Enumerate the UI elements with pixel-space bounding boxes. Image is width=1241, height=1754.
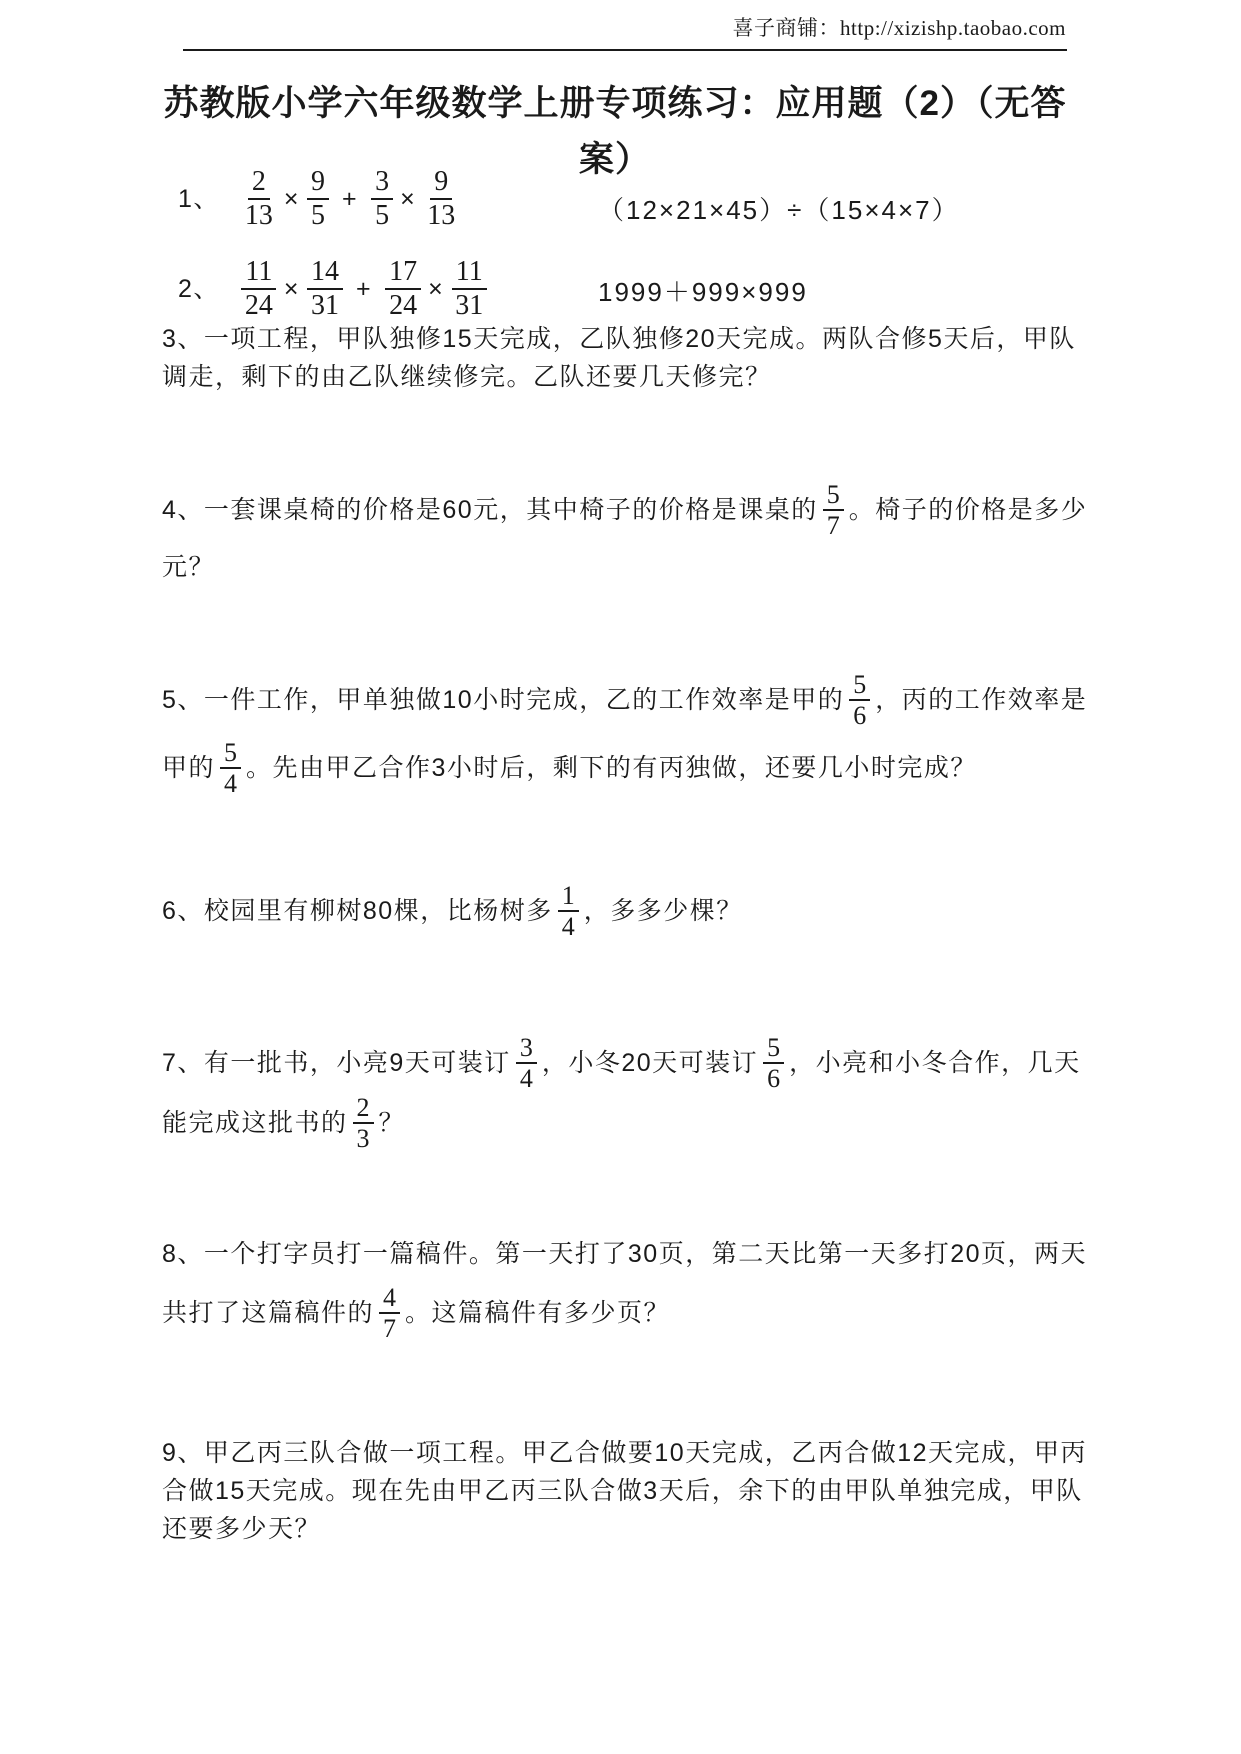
problem-4-line1: 4、一套课桌椅的价格是60元，其中椅子的价格是课桌的 57 。椅子的价格是多少 <box>162 476 1068 544</box>
fraction-denominator: 31 <box>451 290 487 322</box>
problem-7-text: ？ <box>379 1104 406 1142</box>
problem-9: 9、甲乙丙三队合做一项工程。甲乙合做要10天完成，乙丙合做12天完成，甲丙 合做… <box>162 1434 1068 1548</box>
header-shop-url: 喜子商铺：http://xizishp.taobao.com <box>733 12 1066 42</box>
fraction-denominator: 6 <box>763 1064 784 1093</box>
problem-5-line2: 甲的 54 。先由甲乙合作3小时后，剩下的有丙独做，还要几小时完成？ <box>162 734 1068 802</box>
problem-5-text: 5、一件工作，甲单独做10小时完成，乙的工作效率是甲的 <box>162 681 844 719</box>
problem-5-text: ，丙的工作效率是 <box>875 681 1087 719</box>
problem-6-line1: 6、校园里有柳树80棵，比杨树多 14 ，多多少棵？ <box>162 879 1068 943</box>
fraction-numerator: 1 <box>558 881 579 912</box>
plus-operator: + <box>342 180 358 218</box>
problem-2-number: 2、 <box>178 270 220 308</box>
problem-8: 8、一个打字员打一篇稿件。第一天打了30页，第二天比第一天多打20页，两天 <box>162 1236 1068 1272</box>
fraction: 56 <box>849 670 870 730</box>
fraction: 57 <box>823 480 844 540</box>
multiply-operator: × <box>428 270 444 308</box>
problem-6-text: 6、校园里有柳树80棵，比杨树多 <box>162 892 553 930</box>
fraction-denominator: 4 <box>516 1064 537 1093</box>
problem-3-line1: 3、一项工程，甲队独修15天完成，乙队独修20天完成。两队合修5天后，甲队 <box>162 320 1068 358</box>
fraction: 34 <box>516 1033 537 1093</box>
fraction-denominator: 5 <box>307 200 329 232</box>
fraction: 913 <box>423 166 459 232</box>
fraction-numerator: 4 <box>379 1283 400 1314</box>
fraction-denominator: 6 <box>849 701 870 730</box>
problem-1: 1、 213 × 95 + 35 × 913 （12×21×45）÷（15×4×… <box>162 166 1068 254</box>
fraction-denominator: 4 <box>558 912 579 941</box>
fraction: 56 <box>763 1033 784 1093</box>
fraction-numerator: 14 <box>307 256 343 290</box>
problem-5-text: 甲的 <box>162 749 215 787</box>
problem-7-text: ，小亮和小冬合作，几天 <box>789 1044 1081 1082</box>
problem-4-text: 。椅子的价格是多少 <box>849 491 1088 529</box>
fraction: 54 <box>220 738 241 798</box>
multiply-operator: × <box>284 180 300 218</box>
problem-4-line2: 元？ <box>162 550 1068 584</box>
fraction-numerator: 11 <box>452 256 487 290</box>
fraction-denominator: 24 <box>241 290 277 322</box>
fraction-numerator: 17 <box>385 256 421 290</box>
problem-3: 3、一项工程，甲队独修15天完成，乙队独修20天完成。两队合修5天后，甲队 调走… <box>162 320 1068 396</box>
problem-5-text: 。先由甲乙合作3小时后，剩下的有丙独做，还要几小时完成？ <box>246 749 977 787</box>
fraction-denominator: 13 <box>423 200 459 232</box>
problem-8-text: 。这篇稿件有多少页？ <box>405 1294 670 1332</box>
problem-7-line1: 7、有一批书，小亮9天可装订 34 ，小冬20天可装订 56 ，小亮和小冬合作，… <box>162 1030 1068 1096</box>
problem-1-number: 1、 <box>178 180 220 218</box>
fraction-numerator: 11 <box>241 256 276 290</box>
fraction-denominator: 13 <box>241 200 277 232</box>
fraction: 95 <box>307 166 329 232</box>
header-rule <box>183 49 1067 51</box>
fraction-numerator: 3 <box>516 1033 537 1064</box>
fraction-numerator: 5 <box>849 670 870 701</box>
fraction: 14 <box>558 881 579 941</box>
problem-9-line3: 还要多少天？ <box>162 1510 1068 1548</box>
plus-operator: + <box>356 270 372 308</box>
fraction: 1131 <box>451 256 487 322</box>
fraction-denominator: 3 <box>353 1124 374 1153</box>
problem-7: 7、有一批书，小亮9天可装订 34 ，小冬20天可装订 56 ，小亮和小冬合作，… <box>162 1030 1068 1096</box>
fraction: 213 <box>241 166 277 232</box>
fraction: 23 <box>353 1093 374 1153</box>
fraction-denominator: 7 <box>823 511 844 540</box>
fraction-denominator: 24 <box>385 290 421 322</box>
fraction-numerator: 5 <box>763 1033 784 1064</box>
problem-7-text: 7、有一批书，小亮9天可装订 <box>162 1044 511 1082</box>
multiply-operator: × <box>400 180 416 218</box>
fraction-denominator: 4 <box>220 769 241 798</box>
fraction-numerator: 3 <box>371 166 393 200</box>
problem-2: 2、 1124 × 1431 + 1724 × 1131 1999＋999×99… <box>162 256 1068 328</box>
multiply-operator: × <box>284 270 300 308</box>
problem-4: 4、一套课桌椅的价格是60元，其中椅子的价格是课桌的 57 。椅子的价格是多少 <box>162 476 1068 544</box>
problem-2-right-expression: 1999＋999×999 <box>598 273 808 311</box>
problem-7-text: 能完成这批书的 <box>162 1104 348 1142</box>
fraction: 47 <box>379 1283 400 1343</box>
problem-6: 6、校园里有柳树80棵，比杨树多 14 ，多多少棵？ <box>162 879 1068 943</box>
fraction-denominator: 31 <box>307 290 343 322</box>
problem-7-line2: 能完成这批书的 23 ？ <box>162 1091 1068 1155</box>
problem-8-text: 共打了这篇稿件的 <box>162 1294 374 1332</box>
problem-4-text: 4、一套课桌椅的价格是60元，其中椅子的价格是课桌的 <box>162 491 818 529</box>
fraction-numerator: 2 <box>353 1093 374 1124</box>
fraction-numerator: 2 <box>248 166 270 200</box>
fraction-numerator: 9 <box>430 166 452 200</box>
fraction: 1724 <box>385 256 421 322</box>
problem-3-line2: 调走，剩下的由乙队继续修完。乙队还要几天修完？ <box>162 358 1068 396</box>
fraction: 1431 <box>307 256 343 322</box>
fraction-numerator: 9 <box>307 166 329 200</box>
fraction-denominator: 7 <box>379 1314 400 1343</box>
worksheet-page: 喜子商铺：http://xizishp.taobao.com 苏教版小学六年级数… <box>0 0 1241 1754</box>
problem-9-line2: 合做15天完成。现在先由甲乙丙三队合做3天后，余下的由甲队单独完成，甲队 <box>162 1472 1068 1510</box>
problem-8-line2: 共打了这篇稿件的 47 。这篇稿件有多少页？ <box>162 1282 1068 1344</box>
problem-6-text: ，多多少棵？ <box>584 892 743 930</box>
page-title-line1: 苏教版小学六年级数学上册专项练习：应用题（2）（无答 <box>162 76 1068 132</box>
problem-7-line2-row: 能完成这批书的 23 ？ <box>162 1091 1068 1155</box>
problem-7-text: ，小冬20天可装订 <box>542 1044 758 1082</box>
fraction: 35 <box>371 166 393 232</box>
problem-9-line1: 9、甲乙丙三队合做一项工程。甲乙合做要10天完成，乙丙合做12天完成，甲丙 <box>162 1434 1068 1472</box>
problem-5: 5、一件工作，甲单独做10小时完成，乙的工作效率是甲的 56 ，丙的工作效率是 <box>162 666 1068 734</box>
problem-5-line2-row: 甲的 54 。先由甲乙合作3小时后，剩下的有丙独做，还要几小时完成？ <box>162 734 1068 802</box>
fraction-denominator: 5 <box>371 200 393 232</box>
problem-5-line1: 5、一件工作，甲单独做10小时完成，乙的工作效率是甲的 56 ，丙的工作效率是 <box>162 666 1068 734</box>
fraction-numerator: 5 <box>220 738 241 769</box>
fraction: 1124 <box>241 256 277 322</box>
problem-8-line2-row: 共打了这篇稿件的 47 。这篇稿件有多少页？ <box>162 1282 1068 1344</box>
fraction-numerator: 5 <box>823 480 844 511</box>
problem-1-right-expression: （12×21×45）÷（15×4×7） <box>598 191 960 229</box>
